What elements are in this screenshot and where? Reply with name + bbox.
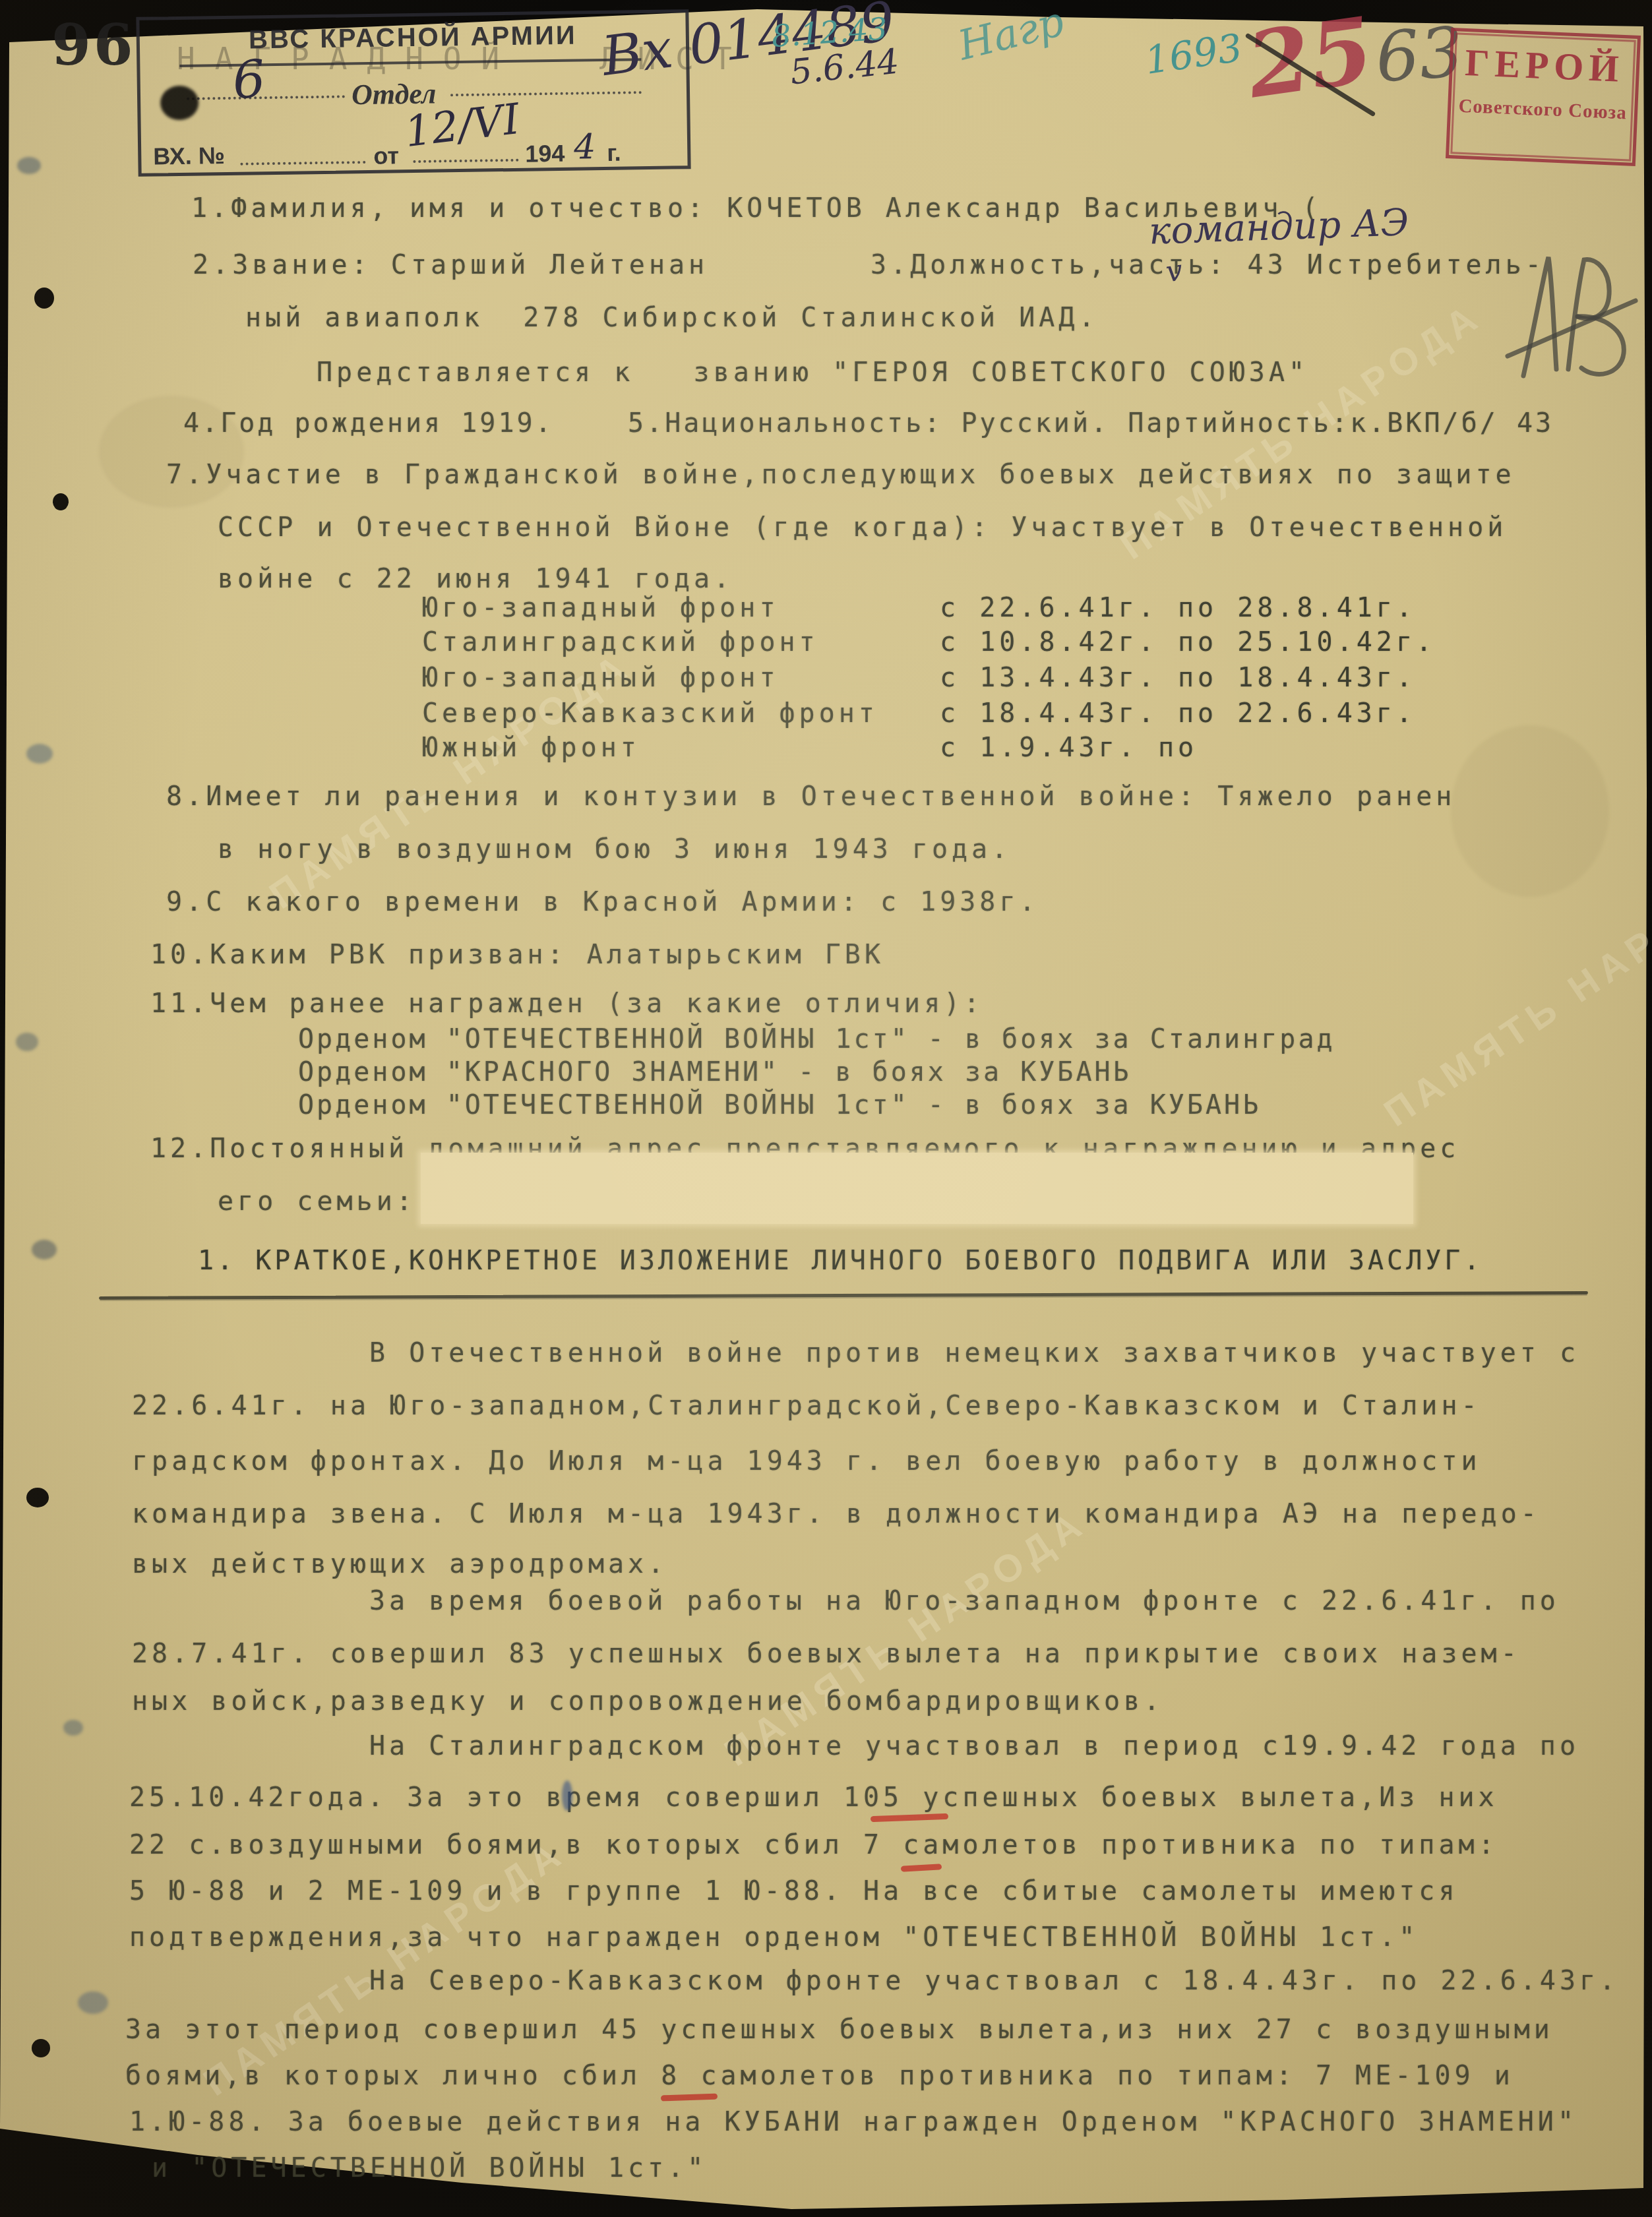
field-position: 3.Должность,часть: 43 Истребитель- — [871, 252, 1545, 278]
field-service-since: 9.С какого времени в Красной Армии: с 19… — [166, 889, 1039, 915]
ink-smudge — [26, 744, 53, 764]
front-name: Сталинградский фронт — [422, 629, 819, 655]
stamp-dotline — [413, 159, 518, 163]
front-name: Южный фронт — [422, 735, 640, 761]
ink-smudge — [63, 1720, 83, 1736]
story-line: ных войск,разведку и сопровождение бомба… — [132, 1688, 1163, 1715]
story-line: На Сталинградском фронте участвовал в пе… — [369, 1733, 1579, 1759]
story-line: 25.10.42года. За это время совершил 105 … — [129, 1784, 1498, 1811]
from-label: от — [373, 142, 399, 170]
field-drafted-by: 10.Каким РВК призван: Алатырьским ГВК — [150, 942, 884, 968]
story-line: 22 с.воздушными боями,в которых сбил 7 с… — [129, 1832, 1498, 1858]
field-wounds-2: в ногу в воздушном бою 3 июня 1943 года. — [218, 836, 1011, 863]
section-title: 1. КРАТКОЕ,КОНКРЕТНОЕ ИЗЛОЖЕНИЕ ЛИЧНОГО … — [198, 1248, 1483, 1274]
story-line: За время боевой работы на Юго-западном ф… — [369, 1588, 1560, 1614]
award-item: Орденом "ОТЕЧЕСТВЕННОЙ ВОЙНЫ 1ст" - в бо… — [298, 1092, 1261, 1118]
story-line: боями,в которых лично сбил 8 самолетов п… — [125, 2063, 1514, 2089]
story-line: За этот период совершил 45 успешных боев… — [125, 2017, 1554, 2043]
field-position2: ный авиаполк 278 Сибирской Сталинской ИА… — [245, 305, 1099, 331]
ink-blot — [160, 86, 199, 121]
incoming-label: ВХ. № — [153, 142, 225, 171]
story-line: На Северо-Кавказском фронте участвовал с… — [369, 1968, 1619, 1994]
story-line: 1.Ю-88. За боевые действия на КУБАНИ наг… — [129, 2109, 1577, 2135]
stamp-dotline — [450, 91, 642, 96]
paper-stain — [1451, 725, 1609, 897]
ink-correction — [562, 1780, 572, 1811]
number-red-crossed: 25 — [1241, 0, 1380, 119]
field-address-2: его семьи: — [218, 1188, 416, 1215]
page-number: 96 — [51, 12, 136, 78]
field-awards-header: 11.Чем ранее награжден (за какие отличия… — [150, 990, 983, 1017]
punch-hole — [26, 1488, 49, 1507]
field-presented: Представляется к званию "ГЕРОЯ СОВЕТСКОГ… — [317, 359, 1308, 386]
story-line: вых действующих аэродромах. — [132, 1551, 667, 1577]
dept-number-handwritten: 6 — [230, 49, 268, 111]
punch-hole — [34, 288, 54, 309]
front-period: с 1.9.43г. по — [940, 735, 1198, 761]
story-line: и "ОТЕЧЕСТВЕННОЙ ВОЙНЫ 1ст." — [152, 2155, 707, 2181]
award-item: Орденом "КРАСНОГО ЗНАМЕНИ" - в боях за К… — [298, 1059, 1132, 1085]
hero-of-soviet-union-stamp: ГЕРОЙ Советского Союза — [1446, 28, 1641, 166]
ink-smudge — [17, 157, 41, 174]
year-printed: 194 — [525, 140, 565, 168]
award-item: Орденом "ОТЕЧЕСТВЕННОЙ ВОЙНЫ 1ст" - в бо… — [298, 1026, 1335, 1052]
year-suffix: г. — [607, 139, 621, 167]
story-line: 22.6.41г. на Юго-западном,Сталинградской… — [132, 1393, 1481, 1419]
story-line: В Отечественной войне против немецких за… — [369, 1340, 1579, 1366]
paper-stain — [99, 396, 244, 508]
story-line: 5 Ю-88 и 2 МЕ-109 и в группе 1 Ю-88. На … — [129, 1878, 1459, 1904]
field-participation-3: войне с 22 июня 1941 года. — [218, 566, 733, 592]
front-period: с 18.4.43г. по 22.6.43г. — [940, 700, 1416, 727]
field-participation-2: СССР и Отечественной Вйоне (где когда): … — [218, 514, 1507, 541]
pencil-signature — [1497, 237, 1649, 389]
story-line: командира звена. С Июля м-ца 1943г. в до… — [132, 1501, 1541, 1527]
front-name: Юго-западный фронт — [422, 665, 779, 691]
punch-hole — [53, 493, 69, 510]
document-scan: ПАМЯТЬ НАРОДА ПАМЯТЬ НАРОДА ПАМЯТЬ НАРОД… — [0, 0, 1652, 2217]
front-name: Северо-Кавказский фронт — [422, 700, 878, 727]
stamp-text-hero: ГЕРОЙ — [1449, 40, 1641, 92]
year-digit-handwritten: 4 — [574, 127, 596, 167]
field-wounds-1: 8.Имеет ли ранения и контузии в Отечеств… — [166, 783, 1455, 810]
story-line: градском фронтах. До Июля м-ца 1943 г. в… — [132, 1448, 1481, 1474]
front-period: с 10.8.42г. по 25.10.42г. — [940, 629, 1436, 655]
punch-hole — [32, 2039, 50, 2057]
insert-handwritten: командир АЭ — [1148, 201, 1409, 253]
front-name: Юго-западный фронт — [422, 595, 779, 621]
stamp-dotline — [240, 161, 365, 166]
front-period: с 13.4.43г. по 18.4.43г. — [940, 665, 1416, 691]
ink-smudge — [78, 1991, 108, 2014]
story-line: 28.7.41г. совершил 83 успешных боевых вы… — [132, 1641, 1521, 1667]
ink-smudge — [32, 1240, 57, 1260]
redacted-address-block — [421, 1153, 1413, 1224]
front-period: с 22.6.41г. по 28.8.41г. — [940, 595, 1416, 621]
field-rank: 2.Звание: Старший Лейтенан — [193, 252, 708, 278]
ink-smudge — [16, 1033, 38, 1051]
field-birth-nationality: 4.Год рождения 1919. 5.Национальность: Р… — [183, 410, 1554, 437]
field-participation-1: 7.Участие в Гражданской войне,последующи… — [166, 462, 1515, 488]
story-line: подтверждения,за что награжден орденом "… — [129, 1924, 1419, 1951]
